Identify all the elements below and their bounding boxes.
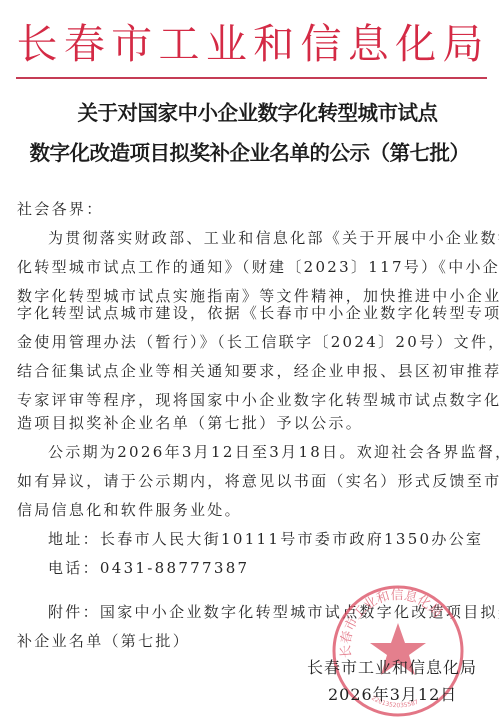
letterhead-char: 业 [203, 11, 249, 70]
body-line: 金使用管理办法（暂行）》（长工信联字〔2024〕20号）文件， [17, 331, 499, 352]
letterhead-char: 息 [345, 11, 391, 70]
letterhead-char: 市 [109, 11, 155, 70]
letterhead-divider [16, 77, 487, 79]
letterhead-char: 信 [298, 11, 344, 70]
letterhead-char: 长 [14, 11, 60, 70]
signature-org: 长春市工业和信息化局 [307, 655, 477, 678]
salutation: 社会各界： [17, 198, 104, 219]
letterhead-char: 春 [61, 11, 107, 70]
letterhead-org-name: 长 春 市 工 业 和 信 息 化 局 [14, 10, 486, 70]
attachment-line: 补企业名单（第七批） [17, 630, 190, 651]
body-line: 如有异议，请于公示期内，将意见以书面（实名）形式反馈至市工 [17, 470, 499, 491]
body-line: 信局信息化和软件服务业处。 [17, 499, 242, 520]
document-title-line-2: 数字化改造项目拟奖补企业名单的公示（第七批） [0, 136, 499, 166]
letterhead-char: 工 [156, 11, 202, 70]
signature-date: 2026年3月12日 [328, 682, 457, 705]
letterhead-char: 化 [393, 11, 439, 70]
body-line: 字化转型试点城市建设，依据《长春市中小企业数字化转型专项资 [17, 302, 499, 323]
document-title-line-1: 关于对国家中小企业数字化转型城市试点 [8, 96, 499, 126]
body-line: 化转型城市试点工作的通知》（财建〔2023〕117号）《中小企业 [17, 256, 499, 277]
body-line: 为贯彻落实财政部、工业和信息化部《关于开展中小企业数字 [48, 227, 499, 248]
letterhead-char: 和 [251, 11, 297, 70]
letterhead-char: 局 [440, 11, 486, 70]
notice-period-line: 公示期为2026年3月12日至3月18日。欢迎社会各界监督， [48, 441, 499, 462]
body-line: 专家评审等程序，现将国家中小企业数字化转型城市试点数字化改 [17, 389, 499, 410]
body-line: 结合征集试点企业等相关通知要求，经企业申报、县区初审推荐、 [17, 360, 499, 381]
body-line: 造项目拟奖补企业名单（第七批）予以公示。 [17, 412, 363, 433]
address-line: 地址：长春市人民大街10111号市委市政府1350办公室 [48, 528, 483, 549]
phone-line: 电话：0431-88777387 [48, 557, 249, 578]
